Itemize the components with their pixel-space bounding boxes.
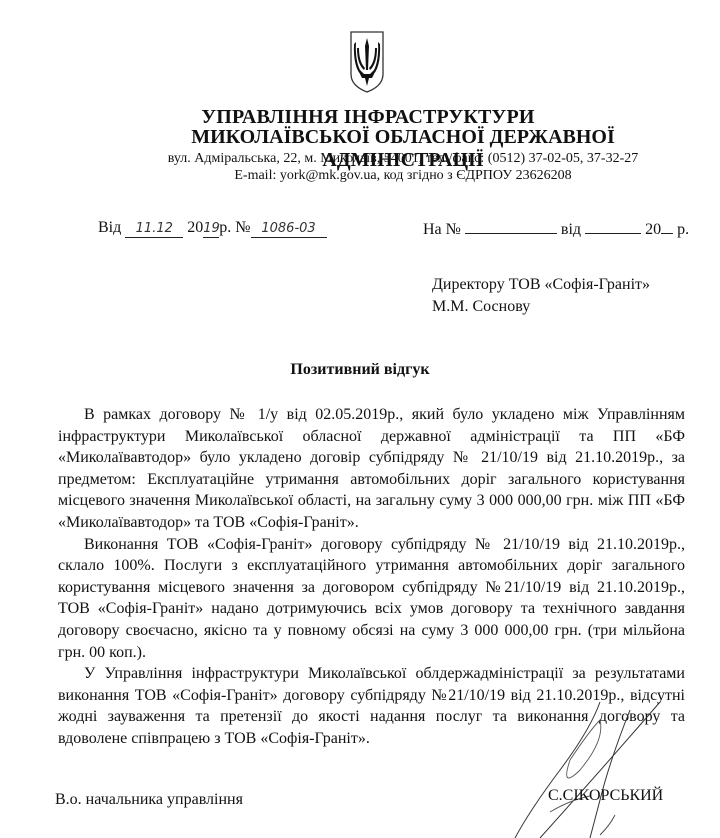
addressee-line2: М.М. Соснову: [432, 296, 650, 318]
from-label: Від: [98, 219, 121, 236]
paragraph: В рамках договору № 1/у від 02.05.2019р.…: [58, 404, 685, 534]
handwritten-signature-icon: [440, 700, 670, 838]
paragraph: Виконання ТОВ «Софія-Граніт» договору су…: [58, 534, 685, 664]
address-line: вул. Адміральська, 22, м. Миколаїв, 5400…: [125, 150, 681, 167]
year-suffix: р. №: [219, 219, 250, 236]
document-title: Позитивний відгук: [0, 361, 720, 379]
outgoing-reference: Від 11.12 2019р. №1086-03: [98, 219, 327, 238]
reply-number-blank: [465, 219, 557, 234]
reply-year-suffix: р.: [677, 221, 689, 238]
incoming-reference: На № від 20 р.: [423, 219, 689, 239]
signatory-position: В.о. начальника управління: [55, 791, 243, 809]
reply-year-prefix: 20: [645, 221, 661, 238]
year-prefix: 20: [187, 219, 203, 236]
handwritten-date: 11.12: [125, 221, 183, 238]
addressee-line1: Директору ТОВ «Софія-Граніт»: [432, 274, 650, 296]
addressee-block: Директору ТОВ «Софія-Граніт» М.М. Соснов…: [432, 274, 650, 318]
organization-address: вул. Адміральська, 22, м. Миколаїв, 5400…: [125, 150, 681, 184]
letter-body: В рамках договору № 1/у від 02.05.2019р.…: [58, 404, 685, 750]
signatory-name: С.СІКОРСЬКИЙ: [548, 787, 663, 805]
reply-year-blank: [661, 219, 673, 234]
handwritten-number: 1086-03: [251, 221, 327, 238]
contacts-line: E-mail: york@mk.gov.ua, код згідно з ЄДР…: [125, 167, 681, 184]
reply-from-label: від: [561, 221, 581, 238]
trident-emblem-icon: [348, 30, 386, 94]
reply-date-blank: [585, 219, 641, 234]
reply-label: На №: [423, 221, 461, 238]
handwritten-year: 19: [203, 221, 219, 238]
